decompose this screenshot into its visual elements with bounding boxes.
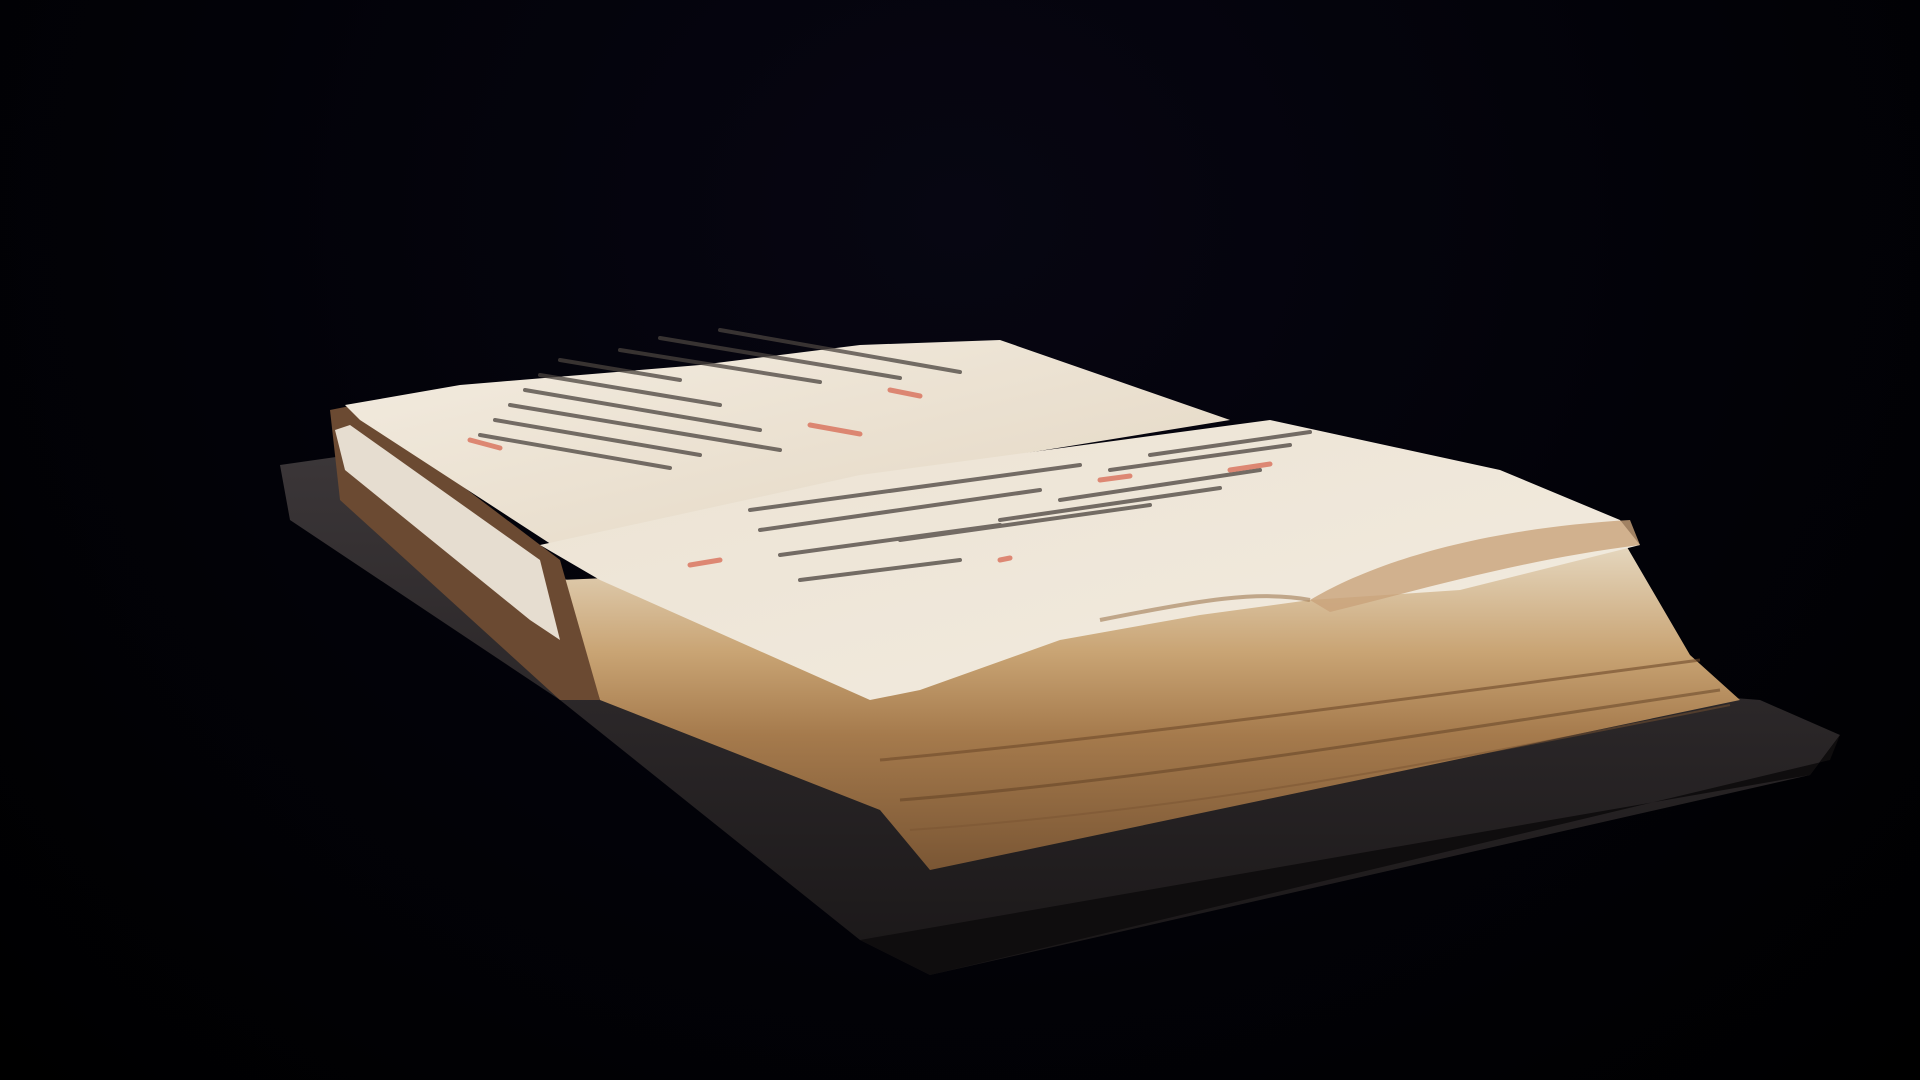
antique-book-photo — [0, 0, 1920, 1080]
